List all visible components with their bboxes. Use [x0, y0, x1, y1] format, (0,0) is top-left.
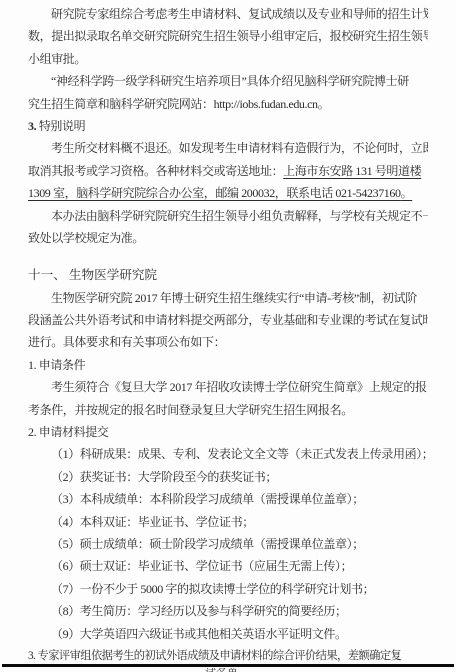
text-run: （7）一份不少于 5000 字的拟攻读博士学位的科学研究计划书；: [51, 582, 374, 596]
document-body: 研究院专家组综合考虑考生申请材料、复试成绩以及专业和导师的招生计划数，提出拟录取…: [0, 0, 456, 667]
para-materials-return: 考生所交材料概不退还。如发现考生申请材料有造假行为，不论何时，立即取消其报考或学…: [28, 137, 428, 204]
doc-line: 究生招生简章和脑科学研究院网站：http://iobs.fudan.edu.cn…: [28, 93, 428, 115]
doc-line: （7）一份不少于 5000 字的拟攻读博士学位的科学研究计划书；: [28, 578, 428, 600]
text-run: 究生招生简章和脑科学研究院网站：: [28, 97, 214, 111]
doc-line: 段涵盖公共外语考试和申请材料提交两部分，专业基础和专业课的考试在复试时: [28, 309, 428, 331]
doc-line: （2）获奖证书：大学阶段至今的获奖证书；: [28, 466, 428, 488]
doc-line: 2. 申请材料提交: [28, 421, 428, 443]
text-run: （2）获奖证书：大学阶段至今的获奖证书；: [51, 470, 277, 484]
doc-line: 数，提出拟录取名单交研究院研究生招生领导小组审定后，报校研究生招生领导: [28, 25, 428, 47]
text-run: 考条件，并按规定的报名时间登录复旦大学研究生招生网报名。: [28, 403, 353, 417]
doc-line: “神经科学跨一级学科研究生培养项目”具体介绍见脑科学研究院博士研: [28, 70, 428, 92]
para-interpretation: 本办法由脑科学研究院研究生招生领导小组负责解释，与学校有关规定不一致处以学校规定…: [28, 205, 428, 250]
text-run: 十一、 生物医学研究院: [28, 268, 157, 282]
doc-line: 考生所交材料概不退还。如发现考生申请材料有造假行为，不论何时，立即: [28, 137, 428, 159]
website-url: http://iobs.fudan.edu.cn: [214, 97, 318, 111]
doc-line: 生物医学研究院 2017 年博士研究生招生继续实行“申请-考核”制，初试阶: [28, 287, 428, 309]
text-run: 。: [318, 97, 330, 111]
text-run: （6）硕士双证：毕业证书、学位证书（应届生无需上传）；: [51, 559, 352, 573]
clipped-next-page-text: 试名单: [205, 668, 245, 672]
text-run: 2. 申请材料提交: [28, 425, 108, 439]
doc-line: （1）科研成果：成果、专利、发表论文全文等（未正式发表上传录用函）；: [28, 443, 428, 465]
text-run: 研究院专家组综合考虑考生申请材料、复试成绩以及专业和导师的招生计划: [51, 7, 428, 21]
doc-line: 十一、 生物医学研究院: [28, 264, 428, 286]
text-run: 。: [401, 186, 413, 200]
document-page: 研究院专家组综合考虑考生申请材料、复试成绩以及专业和导师的招生计划数，提出拟录取…: [0, 0, 456, 672]
text-run: （5）硕士成绩单：硕士阶段学习成绩单（需授课单位盖章）；: [51, 537, 364, 551]
text-run: “神经科学跨一级学科研究生培养项目”具体介绍见脑科学研究院博士研: [51, 74, 409, 88]
doc-line: （8）考生简历：学习经历以及参与科学研究的简要经历；: [28, 600, 428, 622]
doc-line: 1309 室，脑科学研究院综合办公室，邮编 200032，联系电话 021-54…: [28, 182, 428, 204]
heading-special-notes: 3. 特别说明: [28, 115, 428, 137]
text-run: 1. 申请条件: [28, 358, 85, 372]
text-run: （8）考生简历：学习经历以及参与科学研究的简要经历；: [51, 604, 347, 618]
para-ibs-intro: 生物医学研究院 2017 年博士研究生招生继续实行“申请-考核”制，初试阶段涵盖…: [28, 287, 428, 354]
phone-number: 021-54237160: [335, 186, 400, 200]
heading-materials-submission: 2. 申请材料提交: [28, 421, 428, 443]
clipped-text-run: 试名单: [205, 668, 238, 672]
doc-line: 1. 申请条件: [28, 354, 428, 376]
heading-section-11: 十一、 生物医学研究院: [28, 264, 428, 286]
text-run: 考生须符合《复旦大学 2017 年招收攻读博士学位研究生简章》上规定的报: [51, 380, 427, 394]
text-run: 特别说明: [39, 119, 85, 133]
text-run: 进行。具体要求和有关事项公布如下：: [28, 335, 225, 349]
page-divider-line: [2, 664, 454, 667]
doc-line: 小组审批。: [28, 48, 428, 70]
text-run: 数，提出拟录取名单交研究院研究生招生领导小组审定后，报校研究生招生领导: [28, 29, 428, 43]
text-run: （3）本科成绩单：本科阶段学习成绩单（需授课单位盖章）；: [51, 492, 364, 506]
doc-line: 本办法由脑科学研究院研究生招生领导小组负责解释，与学校有关规定不一: [28, 205, 428, 227]
doc-line: 考生须符合《复旦大学 2017 年招收攻读博士学位研究生简章》上规定的报: [28, 376, 428, 398]
text-run: （9）大学英语四六级证书或其他相关英语水平证明文件。: [51, 627, 347, 641]
heading-apply-conditions: 1. 申请条件: [28, 354, 428, 376]
mailing-address: 1309 室，脑科学研究院综合办公室，邮编 200032，联系电话: [28, 186, 335, 200]
text-run: 3. 专家评审组依据考生的初试外语成绩及申请材料的综合评价结果，差额确定复: [28, 650, 401, 662]
text-run: 取消其报考或学习资格。各种材料交或寄送地址：: [28, 164, 283, 178]
text-run: 小组审批。: [28, 52, 86, 66]
list-application-materials: （1）科研成果：成果、专利、发表论文全文等（未正式发表上传录用函）；（2）获奖证…: [28, 443, 428, 645]
doc-line: 3. 特别说明: [28, 115, 428, 137]
doc-line: （6）硕士双证：毕业证书、学位证书（应届生无需上传）；: [28, 555, 428, 577]
doc-line: （3）本科成绩单：本科阶段学习成绩单（需授课单位盖章）；: [28, 488, 428, 510]
text-run: 本办法由脑科学研究院研究生招生领导小组负责解释，与学校有关规定不一: [51, 209, 428, 223]
text-run: 3.: [28, 119, 39, 133]
doc-line: 致处以学校规定为准。: [28, 227, 428, 249]
text-run: （1）科研成果：成果、专利、发表论文全文等（未正式发表上传录用函）；: [51, 447, 428, 461]
doc-line: 考条件，并按规定的报名时间登录复旦大学研究生招生网报名。: [28, 399, 428, 421]
doc-line: （5）硕士成绩单：硕士阶段学习成绩单（需授课单位盖章）；: [28, 533, 428, 555]
doc-line: 进行。具体要求和有关事项公布如下：: [28, 331, 428, 353]
para-review-committee: 研究院专家组综合考虑考生申请材料、复试成绩以及专业和导师的招生计划数，提出拟录取…: [28, 3, 428, 70]
mailing-address: 上海市东安路 131 号明道楼: [283, 164, 421, 178]
doc-line: 研究院专家组综合考虑考生申请材料、复试成绩以及专业和导师的招生计划: [28, 3, 428, 25]
text-run: 段涵盖公共外语考试和申请材料提交两部分，专业基础和专业课的考试在复试时: [28, 313, 428, 327]
para-apply-conditions: 考生须符合《复旦大学 2017 年招收攻读博士学位研究生简章》上规定的报考条件，…: [28, 376, 428, 421]
para-neuroscience-program: “神经科学跨一级学科研究生培养项目”具体介绍见脑科学研究院博士研究生招生简章和脑…: [28, 70, 428, 115]
text-run: （4）本科双证：毕业证书、学位证书；: [51, 515, 254, 529]
doc-line: （9）大学英语四六级证书或其他相关英语水平证明文件。: [28, 623, 428, 645]
text-run: 生物医学研究院 2017 年博士研究生招生继续实行“申请-考核”制，初试阶: [51, 291, 417, 305]
doc-line: （4）本科双证：毕业证书、学位证书；: [28, 511, 428, 533]
doc-line: 取消其报考或学习资格。各种材料交或寄送地址：上海市东安路 131 号明道楼: [28, 160, 428, 182]
text-run: 考生所交材料概不退还。如发现考生申请材料有造假行为，不论何时，立即: [51, 141, 428, 155]
text-run: 致处以学校规定为准。: [28, 231, 144, 245]
